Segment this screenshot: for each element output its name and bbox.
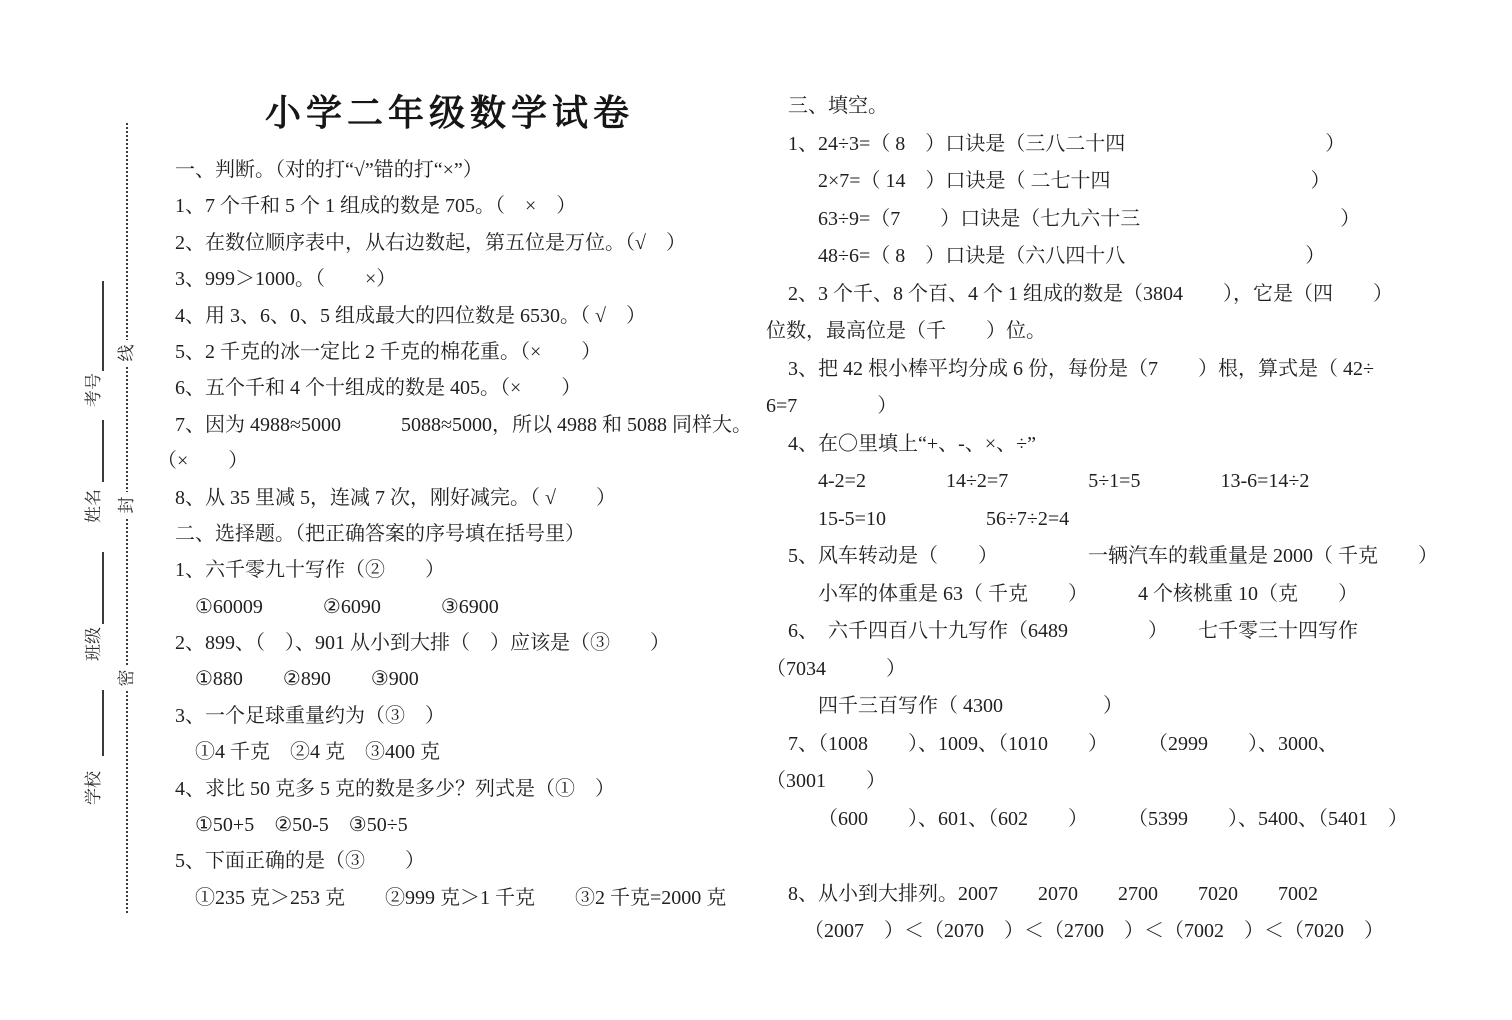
judge-q5: 5、2 千克的冰一定比 2 千克的棉花重。（× ）	[157, 334, 742, 370]
class-underline	[102, 552, 104, 624]
fill-q7-line1: 7、（1008 ）、1009、（1010 ） （2999 ）、3000、	[766, 726, 1414, 764]
seal-char-feng: 封	[114, 492, 140, 518]
judge-q2: 2、在数位顺序表中，从右边数起，第五位是万位。（√ ）	[157, 225, 742, 261]
choice-q3-options: ①4 千克 ②4 克 ③400 克	[157, 734, 742, 770]
name-underline	[102, 420, 104, 482]
fill-q8-line2: （2007 ）＜（2070 ）＜（2700 ）＜（7002 ）＜（7020 ）	[766, 913, 1414, 951]
fill-q1-row2: 2×7=（ 14 ）口诀是（ 二七十四 ）	[766, 163, 1414, 201]
choice-q5-options: ①235 克＞253 克 ②999 克＞1 千克 ③2 千克=2000 克	[157, 880, 742, 916]
judge-q1: 1、7 个千和 5 个 1 组成的数是 705。（ × ）	[157, 188, 742, 224]
sec-fill-heading: 三、填空。	[766, 88, 1414, 126]
exam-paper-page: 线 封 密 考号 姓名 班级 学校 小学二年级数学试卷 一、判断。（对的打“√”…	[0, 0, 1512, 1020]
left-column: 小学二年级数学试卷 一、判断。（对的打“√”错的打“×”） 1、7 个千和 5 …	[157, 85, 742, 916]
choice-q2-options: ①880 ②890 ③900	[157, 661, 742, 697]
seal-char-mi: 密	[114, 665, 140, 691]
choice-q3: 3、一个足球重量约为（③ ）	[157, 698, 742, 734]
fill-q4-row2: 15-5=10 56÷7÷2=4	[766, 501, 1414, 539]
sec-choice-heading: 二、选择题。（把正确答案的序号填在括号里）	[157, 516, 742, 552]
choice-q4-options: ①50+5 ②50-5 ③50÷5	[157, 807, 742, 843]
spacer-line	[766, 838, 1414, 876]
exam-number-underline	[102, 281, 104, 371]
fill-q6-line3: 四千三百写作（ 4300 ）	[766, 688, 1414, 726]
sec-judge-heading: 一、判断。（对的打“√”错的打“×”）	[157, 152, 742, 188]
choice-q1: 1、六千零九十写作（② ）	[157, 552, 742, 588]
judge-q8: 8、从 35 里减 5，连减 7 次，刚好减完。（ √ ）	[157, 480, 742, 516]
choice-q5: 5、下面正确的是（③ ）	[157, 843, 742, 879]
fill-q6-line2: （7034 ）	[766, 651, 1414, 689]
field-label-exam-number: 考号	[84, 367, 104, 413]
fill-q1-row3: 63÷9=（7 ）口诀是（七九六十三 ）	[766, 201, 1414, 239]
fill-q2-line1: 2、3 个千、8 个百、4 个 1 组成的数是（3804 ），它是（四 ）	[766, 276, 1414, 314]
judge-q7-answer: （× ）	[157, 443, 742, 479]
fill-q3-line2: 6=7 ）	[766, 388, 1414, 426]
field-label-school: 学校	[84, 765, 104, 811]
choice-q1-options: ①60009 ②6090 ③6900	[157, 589, 742, 625]
judge-q6: 6、五个千和 4 个十组成的数是 405。（× ）	[157, 370, 742, 406]
seal-char-xian: 线	[114, 340, 140, 366]
fill-q4-row1: 4-2=2 14÷2=7 5÷1=5 13-6=14÷2	[766, 463, 1414, 501]
judge-q7: 7、因为 4988≈5000 5088≈5000，所以 4988 和 5088 …	[157, 407, 742, 443]
fill-q5-line1: 5、风车转动是（ ） 一辆汽车的载重量是 2000（ 千克 ）	[766, 538, 1414, 576]
judge-q4: 4、用 3、6、0、5 组成最大的四位数是 6530。（ √ ）	[157, 298, 742, 334]
choice-q4: 4、求比 50 克多 5 克的数是多少？列式是（① ）	[157, 771, 742, 807]
fill-q1-row1: 1、24÷3=（ 8 ）口诀是（三八二十四 ）	[766, 126, 1414, 164]
fill-q1-row4: 48÷6=（ 8 ）口诀是（六八四十八 ）	[766, 238, 1414, 276]
fill-q6-line1: 6、 六千四百八十九写作（6489 ） 七千零三十四写作	[766, 613, 1414, 651]
fill-q2-line2: 位数，最高位是（千 ）位。	[766, 313, 1414, 351]
judge-q3: 3、999＞1000。（ ×）	[157, 261, 742, 297]
fill-q8-line1: 8、从小到大排列。2007 2070 2700 7020 7002	[766, 876, 1414, 914]
choice-q2: 2、899、（ ）、901 从小到大排（ ）应该是（③ ）	[157, 625, 742, 661]
field-label-class: 班级	[84, 621, 104, 667]
fill-q5-line2: 小军的体重是 63（ 千克 ） 4 个核桃重 10（克 ）	[766, 576, 1414, 614]
fill-q7-line2: （3001 ）	[766, 763, 1414, 801]
field-label-name: 姓名	[84, 483, 104, 529]
paper-title: 小学二年级数学试卷	[157, 85, 742, 138]
fill-q7-line3: （600 ）、601、（602 ） （5399 ）、5400、（5401 ）	[766, 801, 1414, 839]
seal-dotted-line	[126, 123, 128, 913]
fill-q4-heading: 4、在〇里填上“+、-、×、÷”	[766, 426, 1414, 464]
fill-q3-line1: 3、把 42 根小棒平均分成 6 份，每份是（7 ）根，算式是（ 42÷	[766, 351, 1414, 389]
school-underline	[102, 690, 104, 756]
right-column: 三、填空。 1、24÷3=（ 8 ）口诀是（三八二十四 ） 2×7=（ 14 ）…	[766, 88, 1414, 951]
